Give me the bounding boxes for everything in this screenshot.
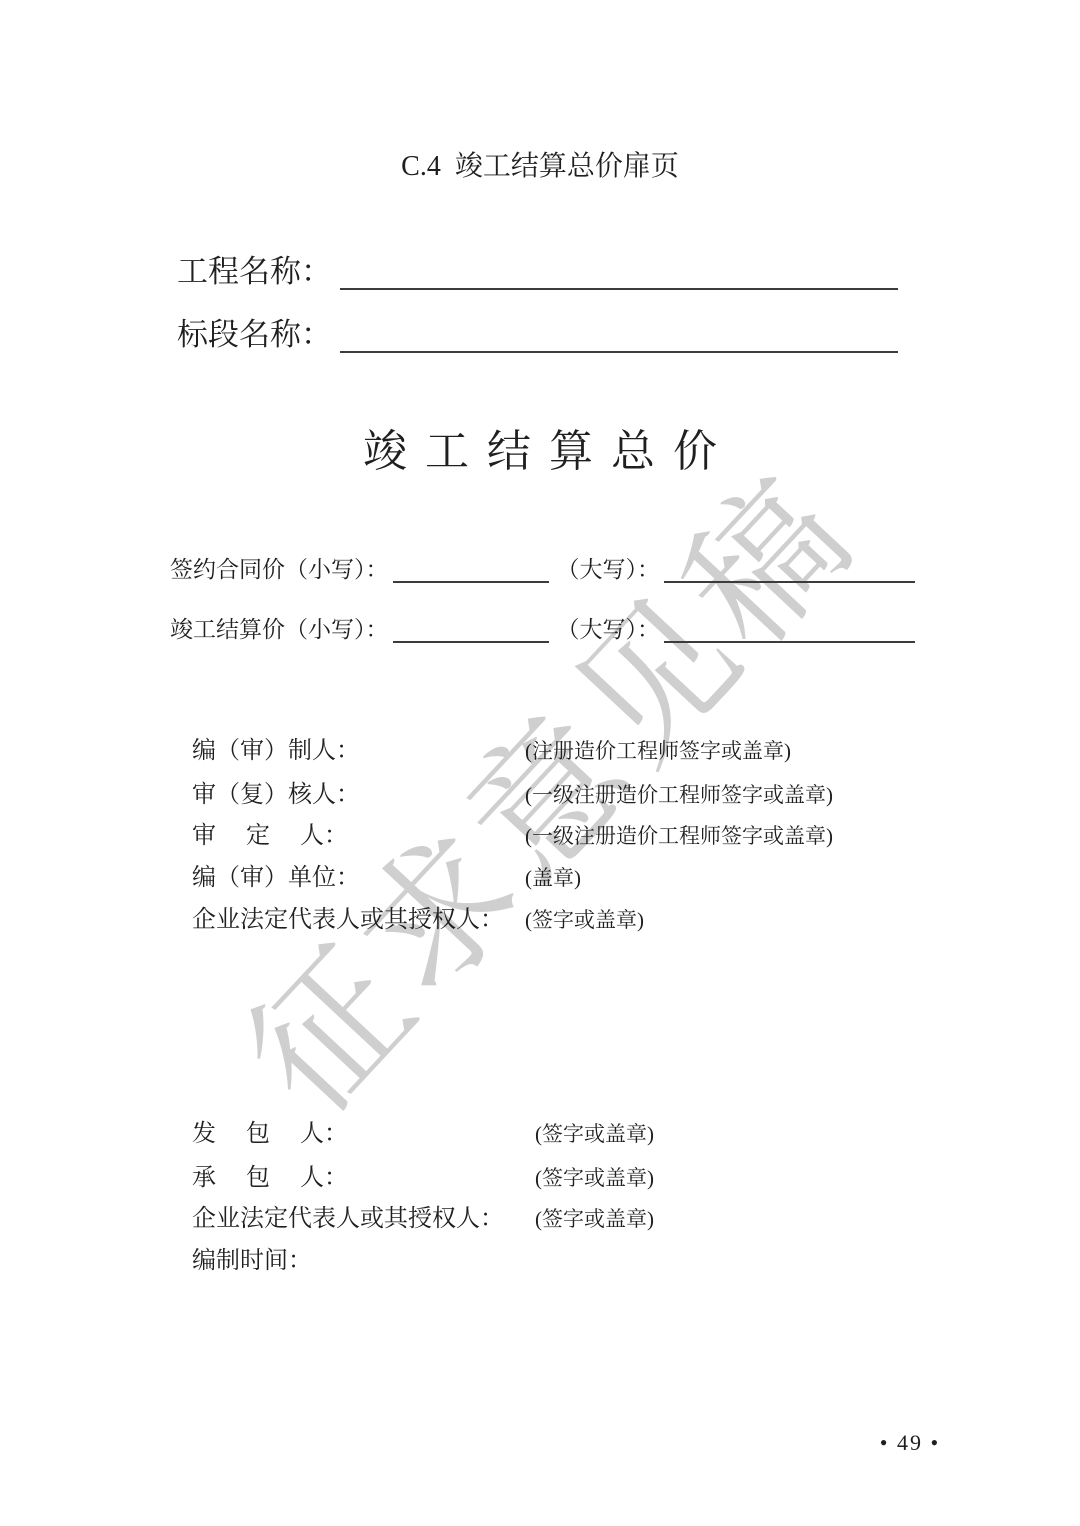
preparer-label: 编（审）制人： (192, 736, 525, 766)
section-title: C.4 竣工结算总价扉页 (0, 150, 1080, 184)
page-number: • 49 • (845, 1430, 975, 1456)
reviewer-label: 审（复）核人： (192, 780, 525, 810)
legal-representative-bottom-note: (签字或盖章) (535, 1206, 654, 1233)
project-name-blank-line (340, 288, 898, 290)
reviewer-row: 审（复）核人： (一级注册造价工程师签字或盖章) (192, 780, 1020, 810)
contractor-label: 承 包 人： (192, 1163, 535, 1193)
preparing-unit-label: 编（审）单位： (192, 863, 525, 893)
employer-row: 发 包 人： (签字或盖章) (192, 1119, 1020, 1149)
employer-label: 发 包 人： (192, 1119, 535, 1149)
preparing-unit-note: (盖章) (525, 865, 581, 892)
legal-representative-top-label: 企业法定代表人或其授权人： (192, 905, 525, 935)
settlement-price-uppercase-blank-line (664, 641, 915, 643)
main-title: 竣工结算总价 (0, 428, 1080, 476)
legal-representative-top-note: (签字或盖章) (525, 907, 644, 934)
preparer-note: (注册造价工程师签字或盖章) (525, 738, 791, 765)
preparer-row: 编（审）制人： (注册造价工程师签字或盖章) (192, 736, 1020, 766)
compilation-date-label: 编制时间： (192, 1246, 535, 1276)
settlement-price-lowercase-label: 竣工结算价（小写）： (170, 616, 389, 645)
contract-price-lowercase-label: 签约合同价（小写）： (170, 556, 389, 585)
legal-representative-top-row: 企业法定代表人或其授权人： (签字或盖章) (192, 905, 1020, 935)
contract-price-row: 签约合同价（小写）： （大写）： (170, 556, 915, 585)
approver-note: (一级注册造价工程师签字或盖章) (525, 823, 833, 850)
preparing-unit-row: 编（审）单位： (盖章) (192, 863, 1020, 893)
reviewer-note: (一级注册造价工程师签字或盖章) (525, 782, 833, 809)
legal-representative-bottom-row: 企业法定代表人或其授权人： (签字或盖章) (192, 1204, 1020, 1234)
contract-price-lowercase-blank-line (393, 581, 549, 583)
contractor-note: (签字或盖章) (535, 1165, 654, 1192)
settlement-price-uppercase-label: （大写）： (557, 616, 661, 645)
section-name-label: 标段名称： (177, 316, 332, 353)
contract-price-uppercase-blank-line (664, 581, 915, 583)
settlement-price-row: 竣工结算价（小写）： （大写）： (170, 616, 915, 645)
compilation-date-row: 编制时间： (192, 1246, 1020, 1276)
section-name-row: 标段名称： (177, 316, 898, 353)
project-name-row: 工程名称： (177, 253, 898, 290)
contract-price-uppercase-label: （大写）： (557, 556, 661, 585)
settlement-price-lowercase-blank-line (393, 641, 549, 643)
page-content: C.4 竣工结算总价扉页 工程名称： 标段名称： 竣工结算总价 签约合同价（小写… (0, 0, 1080, 1526)
project-name-label: 工程名称： (177, 253, 332, 290)
legal-representative-bottom-label: 企业法定代表人或其授权人： (192, 1204, 535, 1234)
document-page: 征求意见稿 C.4 竣工结算总价扉页 工程名称： 标段名称： 竣工结算总价 签约… (0, 0, 1080, 1526)
approver-label: 审 定 人： (192, 821, 525, 851)
section-name-blank-line (340, 351, 898, 353)
contractor-row: 承 包 人： (签字或盖章) (192, 1163, 1020, 1193)
employer-note: (签字或盖章) (535, 1121, 654, 1148)
approver-row: 审 定 人： (一级注册造价工程师签字或盖章) (192, 821, 1020, 851)
